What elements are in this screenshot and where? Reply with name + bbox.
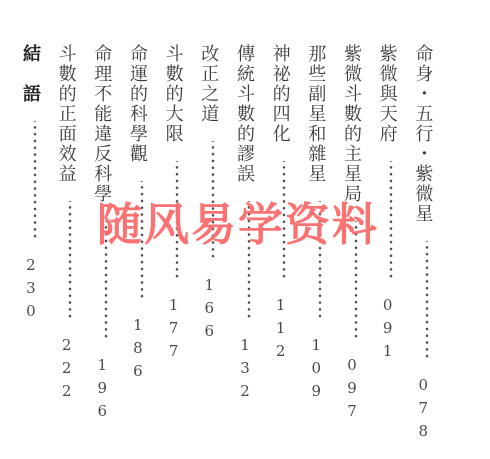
toc-entry: 斗數的正面效益 222	[57, 44, 80, 456]
toc-entry-page-number: 177	[165, 296, 183, 365]
toc-entry-title: 結 語	[21, 44, 41, 104]
toc-entry-title: 命運的科學觀	[128, 44, 148, 164]
dot-leader	[26, 121, 44, 239]
dot-leader	[418, 241, 436, 359]
dot-leader	[382, 161, 400, 279]
toc-entry-page-number: 109	[307, 336, 325, 405]
toc-entry-title: 紫微與天府	[378, 44, 398, 144]
toc-entry-title: 命理不能違反科學	[92, 44, 112, 204]
toc-entry: 命身・五行・紫微星 078	[413, 44, 436, 456]
toc-entry-title: 斗數的正面效益	[57, 44, 77, 184]
toc-entry-title: 斗數的大限	[164, 44, 184, 144]
toc-entry-page-number: 186	[129, 316, 147, 385]
toc-entry-page-number: 132	[236, 336, 254, 405]
toc-entry-page-number: 097	[343, 356, 361, 425]
toc-entry-title: 改正之道	[199, 44, 219, 124]
dot-leader	[61, 201, 79, 319]
toc-entry-title: 神祕的四化	[271, 44, 291, 144]
toc-entry-page-number: 196	[93, 356, 111, 425]
toc-entry-title: 那些副星和雜星	[306, 44, 326, 184]
toc-entry-page-number: 230	[22, 256, 40, 325]
toc-entry-title: 紫微斗數的主星局	[342, 44, 362, 204]
toc-entry: 紫微與天府 091	[378, 44, 401, 456]
toc-entry: 結 語 230	[21, 44, 44, 456]
book-toc-page: 命身・五行・紫微星 078 紫微與天府 091 紫微斗數的主星局 097 那些副…	[0, 0, 490, 459]
toc-entry-page-number: 078	[414, 376, 432, 445]
watermark-text: 随风易学资料	[97, 200, 379, 250]
toc-entry-title: 命身・五行・紫微星	[413, 44, 433, 224]
toc-entry-page-number: 112	[272, 296, 290, 365]
toc-entry-title: 傳統斗數的謬誤	[235, 44, 255, 184]
toc-entry-page-number: 222	[58, 336, 76, 405]
toc-entry-page-number: 091	[379, 296, 397, 365]
toc-entry-page-number: 166	[200, 276, 218, 345]
